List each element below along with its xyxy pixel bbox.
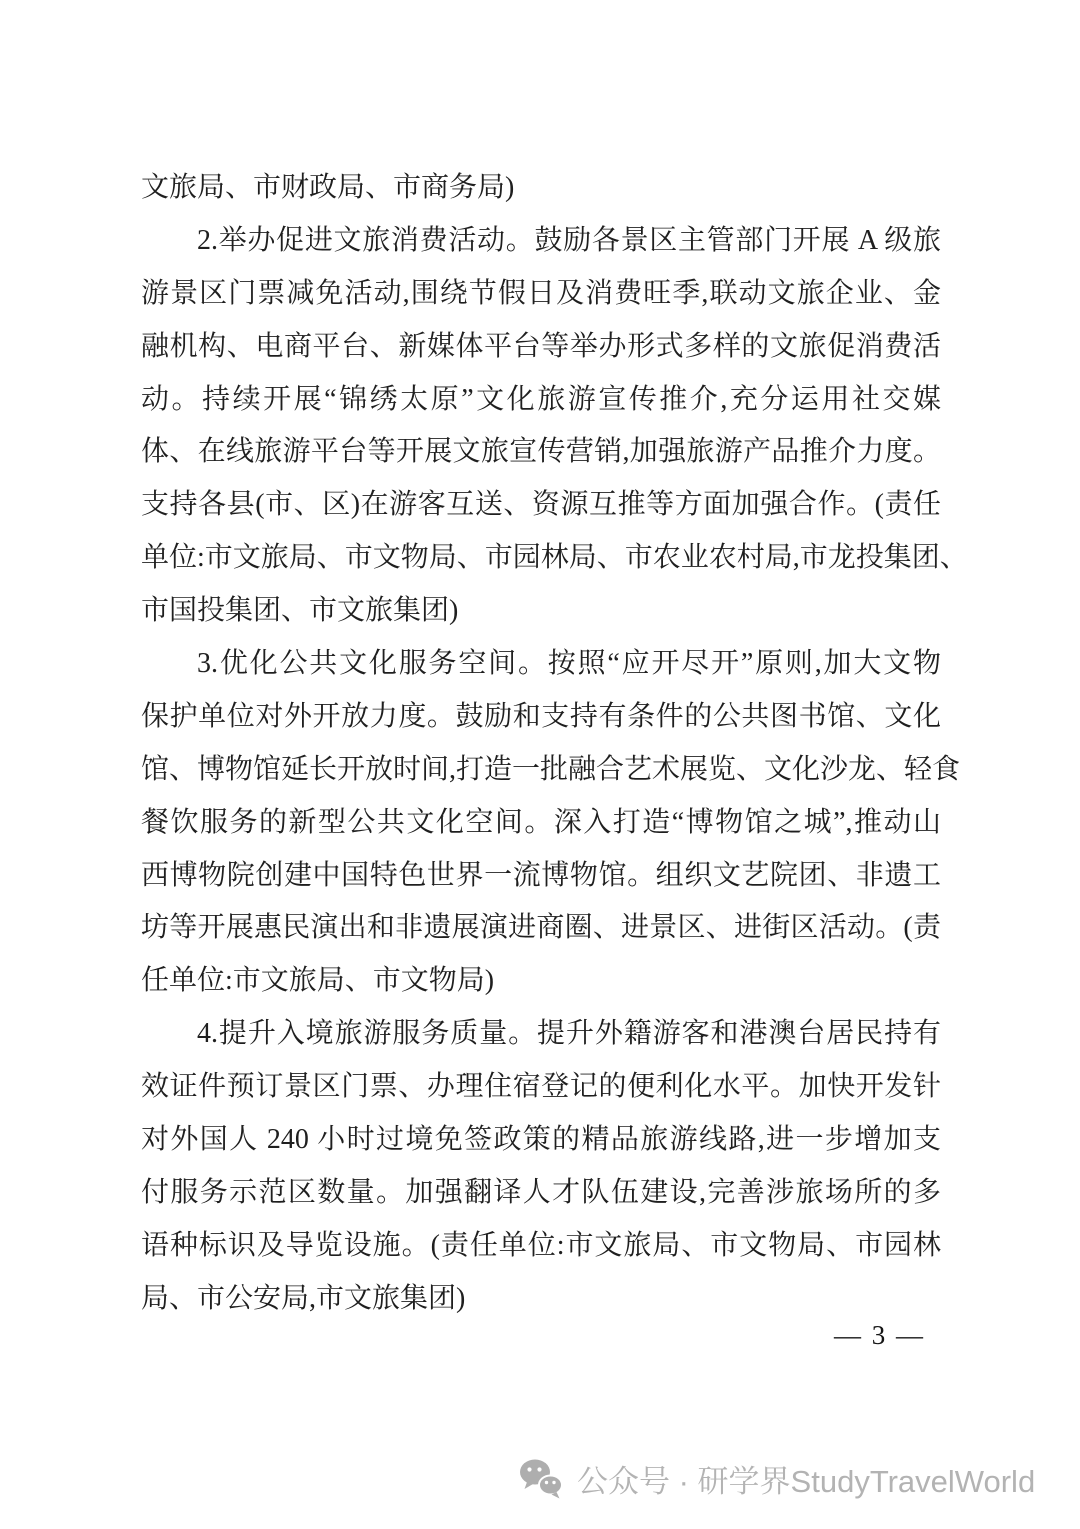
text-line: 体、在线旅游平台等开展文旅宣传营销,加强旅游产品推介力度。 (141, 426, 941, 479)
footer-watermark: 公众号 · 研学界StudyTravelWorld (518, 1456, 1035, 1501)
text-line: 付服务示范区数量。加强翻译人才队伍建设,完善涉旅场所的多 (141, 1167, 941, 1220)
wechat-icon (518, 1458, 564, 1500)
text-line: 游景区门票减免活动,围绕节假日及消费旺季,联动文旅企业、金 (141, 268, 941, 321)
text-line: 2.举办促进文旅消费活动。鼓励各景区主管部门开展 A 级旅 (141, 215, 941, 268)
text-line: 餐饮服务的新型公共文化空间。深入打造“博物馆之城”,推动山 (141, 797, 941, 850)
text-line: 馆、博物馆延长开放时间,打造一批融合艺术展览、文化沙龙、轻食 (141, 744, 941, 797)
document-body: 文旅局、市财政局、市商务局)2.举办促进文旅消费活动。鼓励各景区主管部门开展 A… (141, 162, 941, 1326)
text-line: 语种标识及导览设施。(责任单位:市文旅局、市文物局、市园林 (141, 1220, 941, 1273)
watermark-text: 公众号 · 研学界StudyTravelWorld (577, 1456, 1035, 1501)
text-line: 市国投集团、市文旅集团) (141, 585, 941, 638)
text-line: 保护单位对外开放力度。鼓励和支持有条件的公共图书馆、文化 (141, 691, 941, 744)
text-line: 支持各县(市、区)在游客互送、资源互推等方面加强合作。(责任 (141, 479, 941, 532)
text-line: 动。持续开展“锦绣太原”文化旅游宣传推介,充分运用社交媒 (141, 374, 941, 427)
text-line: 局、市公安局,市文旅集团) (141, 1273, 941, 1326)
text-line: 融机构、电商平台、新媒体平台等举办形式多样的文旅促消费活 (141, 321, 941, 374)
page-number: — 3 — (834, 1320, 925, 1351)
text-line: 对外国人 240 小时过境免签政策的精品旅游线路,进一步增加支 (141, 1114, 941, 1167)
text-line: 效证件预订景区门票、办理住宿登记的便利化水平。加快开发针 (141, 1061, 941, 1114)
text-line: 西博物院创建中国特色世界一流博物馆。组织文艺院团、非遗工 (141, 850, 941, 903)
text-line: 坊等开展惠民演出和非遗展演进商圈、进景区、进街区活动。(责 (141, 902, 941, 955)
text-line: 单位:市文旅局、市文物局、市园林局、市农业农村局,市龙投集团、 (141, 532, 941, 585)
document-page: 文旅局、市财政局、市商务局)2.举办促进文旅消费活动。鼓励各景区主管部门开展 A… (0, 0, 1080, 1529)
text-line: 4.提升入境旅游服务质量。提升外籍游客和港澳台居民持有 (141, 1008, 941, 1061)
text-line: 任单位:市文旅局、市文物局) (141, 955, 941, 1008)
text-line: 3.优化公共文化服务空间。按照“应开尽开”原则,加大文物 (141, 638, 941, 691)
text-line: 文旅局、市财政局、市商务局) (141, 162, 941, 215)
